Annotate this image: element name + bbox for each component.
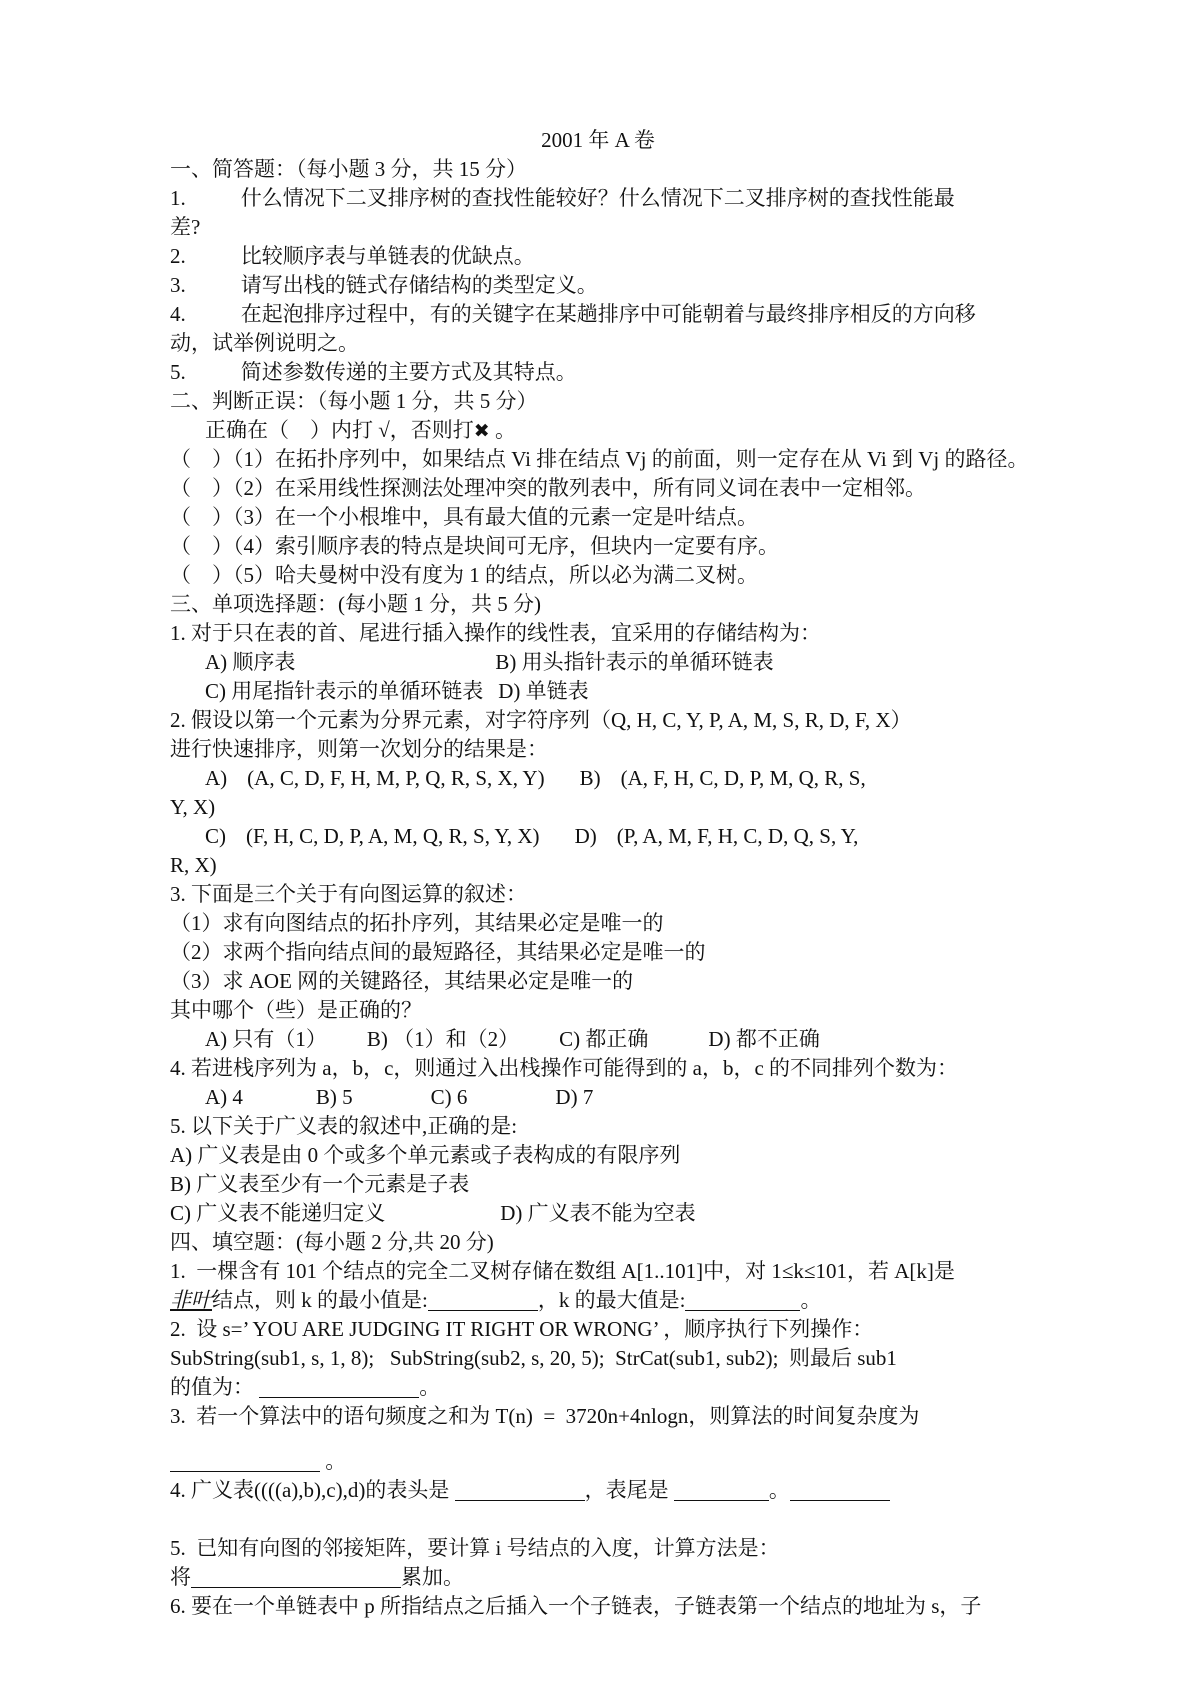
text-line: （ ）（3）在一个小根堆中，具有最大值的元素一定是叶结点。 <box>170 503 1026 532</box>
text-run: C) 用尾指针表示的单循环链表 <box>205 679 483 703</box>
text-run: 2. 假设以第一个元素为分界元素，对字符序列（Q, H, C, Y, P, A,… <box>170 708 912 732</box>
text-line: （3）求 AOE 网的关键路径，其结果必定是唯一的 <box>170 967 1026 996</box>
text-run: C) 6 <box>431 1085 468 1109</box>
text-line: 4.在起泡排序过程中，有的关键字在某趟排序中可能朝着与最终排序相反的方向移 <box>170 300 1026 329</box>
fill-in-blank <box>455 1486 585 1501</box>
text-line: 4. 广义表((((a),b),c),d)的表头是 ，表尾是 。 <box>170 1476 1026 1505</box>
text-run: A) 只有（1） <box>205 1027 327 1051</box>
text-run: B) <box>580 766 601 790</box>
text-run: （1）求有向图结点的拓扑序列，其结果必定是唯一的 <box>170 911 664 935</box>
text-line: R, X) <box>170 851 1026 880</box>
text-line: 其中哪个（些）是正确的？ <box>170 996 1026 1025</box>
text-line: 差? <box>170 213 1026 242</box>
text-run: 正确在（ ）内打 √，否则打 <box>205 418 474 442</box>
text-run: 二、判断正误：（每小题 1 分，共 5 分） <box>170 389 538 413</box>
text-run: (A, F, H, C, D, P, M, Q, R, S, <box>621 766 866 790</box>
text-line: SubString(sub1, s, 1, 8); SubString(sub2… <box>170 1344 1026 1373</box>
emphasized-text: 非叶 <box>170 1288 212 1312</box>
text-run: 结点，则 k 的最小值是: <box>212 1288 428 1312</box>
text-run: D) 7 <box>555 1085 593 1109</box>
text-run: 2001 年 A 卷 <box>541 128 655 152</box>
text-line: 4. 若进栈序列为 a，b，c，则通过入出栈操作可能得到的 a，b，c 的不同排… <box>170 1054 1026 1083</box>
text-line: （2）求两个指向结点间的最短路径，其结果必定是唯一的 <box>170 938 1026 967</box>
text-run: 一、简答题：（每小题 3 分，共 15 分） <box>170 157 527 181</box>
text-run: C) 都正确 <box>559 1027 648 1051</box>
text-run: 的值为： <box>170 1375 259 1399</box>
text-run: (F, H, C, D, P, A, M, Q, R, S, Y, X) <box>246 824 540 848</box>
text-line: 。 <box>170 1447 1026 1476</box>
text-run: 在起泡排序过程中，有的关键字在某趟排序中可能朝着与最终排序相反的方向移 <box>241 302 976 326</box>
text-run: 三、单项选择题：(每小题 1 分，共 5 分) <box>170 592 541 616</box>
text-run: C) <box>205 824 226 848</box>
text-line: （ ）（5）哈夫曼树中没有度为 1 的结点，所以必为满二叉树。 <box>170 561 1026 590</box>
text-run: (P, A, M, F, H, C, D, Q, S, Y, <box>617 824 859 848</box>
text-line: 二、判断正误：（每小题 1 分，共 5 分） <box>170 387 1026 416</box>
text-run: 1. <box>170 186 186 210</box>
text-line: （1）求有向图结点的拓扑序列，其结果必定是唯一的 <box>170 909 1026 938</box>
text-line: A)(A, C, D, F, H, M, P, Q, R, S, X, Y)B)… <box>170 764 1026 793</box>
text-line: 的值为： 。 <box>170 1373 1026 1402</box>
text-run: 4. 若进栈序列为 a，b，c，则通过入出栈操作可能得到的 a，b，c 的不同排… <box>170 1056 958 1080</box>
fill-in-blank <box>790 1486 890 1501</box>
exam-document: 2001 年 A 卷一、简答题：（每小题 3 分，共 15 分）1.什么情况下二… <box>170 126 1026 1621</box>
text-line: A) 4B) 5C) 6D) 7 <box>170 1083 1026 1112</box>
text-run: 6. 要在一个单链表中 p 所指结点之后插入一个子链表，子链表第一个结点的地址为… <box>170 1594 981 1618</box>
text-run: 。 <box>800 1288 821 1312</box>
text-run: Y, X) <box>170 795 215 819</box>
text-run: 请写出栈的链式存储结构的类型定义。 <box>241 273 598 297</box>
text-run: 3. 若一个算法中的语句频度之和为 T(n) = 3720n+4nlogn，则算… <box>170 1404 919 1428</box>
fill-in-blank <box>685 1296 800 1311</box>
text-run: 。 <box>490 418 516 442</box>
fill-in-blank <box>191 1573 401 1588</box>
text-line: （ ）（2）在采用线性探测法处理冲突的散列表中，所有同义词在表中一定相邻。 <box>170 474 1026 503</box>
text-line: 非叶结点，则 k 的最小值是:，k 的最大值是:。 <box>170 1286 1026 1315</box>
text-run: B) （1）和（2） <box>367 1027 519 1051</box>
text-run: A) 4 <box>205 1085 243 1109</box>
text-run: 2. 设 s=’ YOU ARE JUDGING IT RIGHT OR WRO… <box>170 1317 873 1341</box>
text-line: Y, X) <box>170 793 1026 822</box>
text-run: 2. <box>170 244 186 268</box>
text-run: ，表尾是 <box>585 1478 674 1502</box>
text-run: A) 顺序表 <box>205 650 295 674</box>
text-line: 进行快速排序，则第一次划分的结果是： <box>170 735 1026 764</box>
text-run: 。 <box>419 1375 440 1399</box>
text-line: 3. 下面是三个关于有向图运算的叙述： <box>170 880 1026 909</box>
text-line: （ ）（1）在拓扑序列中，如果结点 Vi 排在结点 Vj 的前面，则一定存在从 … <box>170 445 1026 474</box>
text-line: 5. 已知有向图的邻接矩阵，要计算 i 号结点的入度，计算方法是： <box>170 1534 1026 1563</box>
text-line: C) 广义表不能递归定义D) 广义表不能为空表 <box>170 1199 1026 1228</box>
text-run: D) 单链表 <box>498 679 588 703</box>
text-run: 5. 以下关于广义表的叙述中,正确的是: <box>170 1114 517 1138</box>
fill-in-blank <box>170 1457 320 1472</box>
text-run: SubString(sub1, s, 1, 8); SubString(sub2… <box>170 1346 897 1370</box>
text-run: D) 都不正确 <box>708 1027 819 1051</box>
text-run: 累加。 <box>401 1565 464 1589</box>
page-title: 2001 年 A 卷 <box>170 126 1026 155</box>
text-run: 差? <box>170 215 200 239</box>
text-run: 4. <box>170 302 186 326</box>
text-run: B) 用头指针表示的单循环链表 <box>495 650 773 674</box>
text-run: C) 广义表不能递归定义 <box>170 1201 385 1225</box>
text-run: R, X) <box>170 853 217 877</box>
text-run: 四、填空题：(每小题 2 分,共 20 分) <box>170 1230 494 1254</box>
text-run: （ ）（2）在采用线性探测法处理冲突的散列表中，所有同义词在表中一定相邻。 <box>170 476 926 500</box>
text-run: （ ）（1）在拓扑序列中，如果结点 Vi 排在结点 Vj 的前面，则一定存在从 … <box>170 447 1028 471</box>
text-run: （ ）（5）哈夫曼树中没有度为 1 的结点，所以必为满二叉树。 <box>170 563 758 587</box>
text-run: （ ）（3）在一个小根堆中，具有最大值的元素一定是叶结点。 <box>170 505 758 529</box>
text-run: B) 广义表至少有一个元素是子表 <box>170 1172 469 1196</box>
text-run: 5. 已知有向图的邻接矩阵，要计算 i 号结点的入度，计算方法是： <box>170 1536 780 1560</box>
text-run: B) 5 <box>316 1085 353 1109</box>
text-run: 动，试举例说明之。 <box>170 331 359 355</box>
text-run: 3. 下面是三个关于有向图运算的叙述： <box>170 882 527 906</box>
text-run: 将 <box>170 1565 191 1589</box>
text-run: 简述参数传递的主要方式及其特点。 <box>241 360 577 384</box>
text-line: A) 只有（1）B) （1）和（2）C) 都正确D) 都不正确 <box>170 1025 1026 1054</box>
text-line: C) 用尾指针表示的单循环链表D) 单链表 <box>170 677 1026 706</box>
text-run: D) 广义表不能为空表 <box>500 1201 695 1225</box>
text-run: 1. 对于只在表的首、尾进行插入操作的线性表，宜采用的存储结构为： <box>170 621 821 645</box>
text-run: 比较顺序表与单链表的优缺点。 <box>241 244 535 268</box>
text-run: 5. <box>170 360 186 384</box>
text-run: ，k 的最大值是: <box>538 1288 686 1312</box>
fill-in-blank <box>259 1383 419 1398</box>
text-run: 其中哪个（些）是正确的？ <box>170 998 422 1022</box>
text-line: （ ）（4）索引顺序表的特点是块间可无序，但块内一定要有序。 <box>170 532 1026 561</box>
text-line: A) 顺序表B) 用头指针表示的单循环链表 <box>170 648 1026 677</box>
text-run: 1. 一棵含有 101 个结点的完全二叉树存储在数组 A[1..101]中，对 … <box>170 1259 955 1283</box>
text-run: 。 <box>769 1478 790 1502</box>
cross-mark-icon: ✖ <box>474 420 490 442</box>
text-line: 5. 以下关于广义表的叙述中,正确的是: <box>170 1112 1026 1141</box>
text-run: A) <box>205 766 227 790</box>
text-line: 一、简答题：（每小题 3 分，共 15 分） <box>170 155 1026 184</box>
text-line: 动，试举例说明之。 <box>170 329 1026 358</box>
text-line: B) 广义表至少有一个元素是子表 <box>170 1170 1026 1199</box>
text-run: 。 <box>320 1449 346 1473</box>
text-line: 三、单项选择题：(每小题 1 分，共 5 分) <box>170 590 1026 619</box>
text-line: 1. 对于只在表的首、尾进行插入操作的线性表，宜采用的存储结构为： <box>170 619 1026 648</box>
text-line: 正确在（ ）内打 √，否则打✖ 。 <box>170 416 1026 445</box>
text-line: 3.请写出栈的链式存储结构的类型定义。 <box>170 271 1026 300</box>
text-line: 2.比较顺序表与单链表的优缺点。 <box>170 242 1026 271</box>
text-run: D) <box>575 824 597 848</box>
text-line: 3. 若一个算法中的语句频度之和为 T(n) = 3720n+4nlogn，则算… <box>170 1402 1026 1431</box>
fill-in-blank <box>674 1486 769 1501</box>
text-run: 3. <box>170 273 186 297</box>
text-run: 4. 广义表((((a),b),c),d)的表头是 <box>170 1478 455 1502</box>
text-line: 5.简述参数传递的主要方式及其特点。 <box>170 358 1026 387</box>
text-run: （ ）（4）索引顺序表的特点是块间可无序，但块内一定要有序。 <box>170 534 779 558</box>
text-line: 1. 一棵含有 101 个结点的完全二叉树存储在数组 A[1..101]中，对 … <box>170 1257 1026 1286</box>
text-run: 什么情况下二叉排序树的查找性能较好？什么情况下二叉排序树的查找性能最 <box>241 186 955 210</box>
text-run: （2）求两个指向结点间的最短路径，其结果必定是唯一的 <box>170 940 706 964</box>
text-run: （3）求 AOE 网的关键路径，其结果必定是唯一的 <box>170 969 633 993</box>
text-line: 将累加。 <box>170 1563 1026 1592</box>
text-line: 四、填空题：(每小题 2 分,共 20 分) <box>170 1228 1026 1257</box>
fill-in-blank <box>428 1296 538 1311</box>
text-line: 1.什么情况下二叉排序树的查找性能较好？什么情况下二叉排序树的查找性能最 <box>170 184 1026 213</box>
text-line: 2. 设 s=’ YOU ARE JUDGING IT RIGHT OR WRO… <box>170 1315 1026 1344</box>
text-line: A) 广义表是由 0 个或多个单元素或子表构成的有限序列 <box>170 1141 1026 1170</box>
text-run: 进行快速排序，则第一次划分的结果是： <box>170 737 548 761</box>
text-run: A) 广义表是由 0 个或多个单元素或子表构成的有限序列 <box>170 1143 680 1167</box>
text-line: 6. 要在一个单链表中 p 所指结点之后插入一个子链表，子链表第一个结点的地址为… <box>170 1592 1026 1621</box>
text-line: C)(F, H, C, D, P, A, M, Q, R, S, Y, X)D)… <box>170 822 1026 851</box>
text-line: 2. 假设以第一个元素为分界元素，对字符序列（Q, H, C, Y, P, A,… <box>170 706 1026 735</box>
text-run: (A, C, D, F, H, M, P, Q, R, S, X, Y) <box>247 766 544 790</box>
